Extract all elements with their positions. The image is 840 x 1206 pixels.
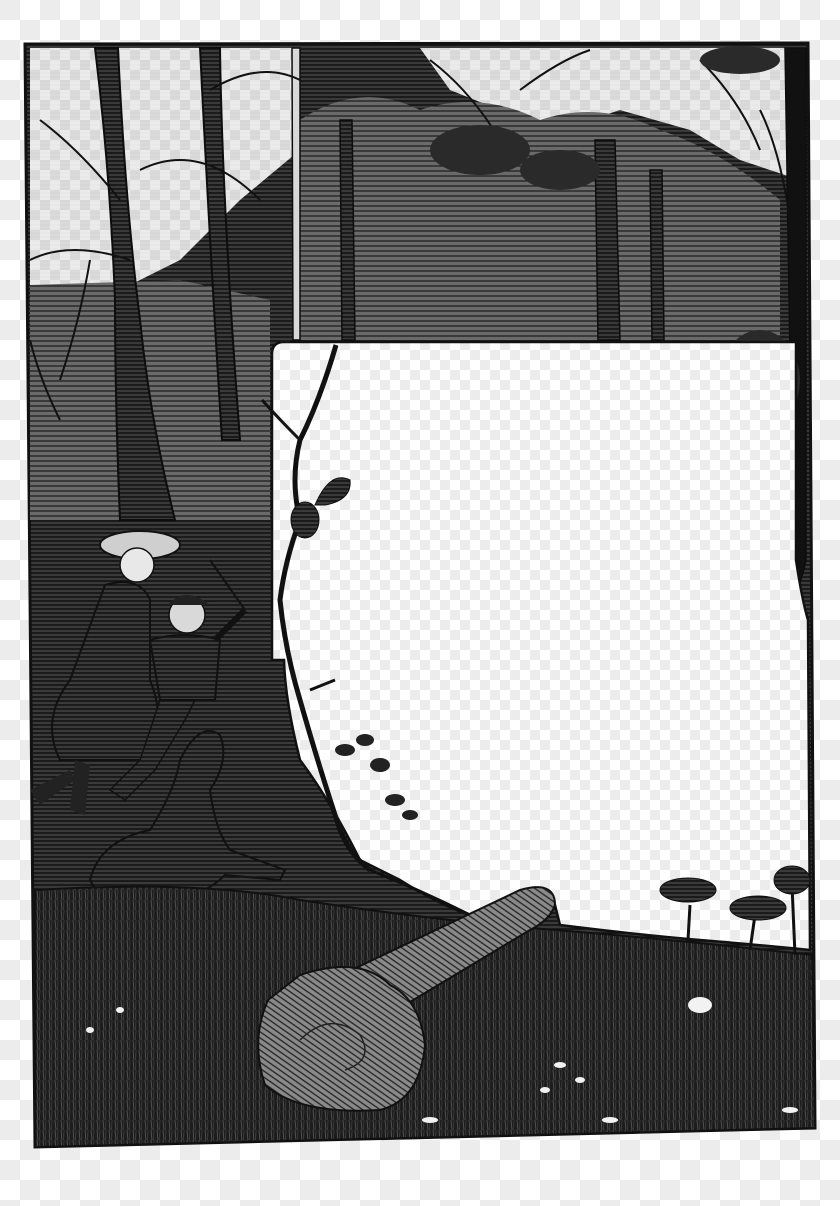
engraving-illustration [0,0,840,1206]
